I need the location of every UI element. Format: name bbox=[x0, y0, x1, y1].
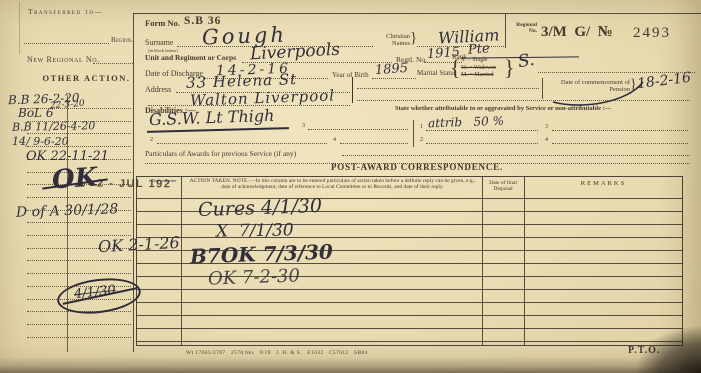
region-label: Region. bbox=[111, 36, 133, 44]
regtl-no-value: 1915 bbox=[427, 45, 461, 62]
date-stamp: 2 - JUL 192 bbox=[97, 178, 171, 191]
left-panel-divider bbox=[67, 95, 68, 352]
new-regional-no-label: New Regional No. bbox=[27, 55, 100, 64]
regional-box-divider bbox=[505, 14, 506, 48]
ruled-line bbox=[27, 222, 131, 223]
brace-glyph: } bbox=[410, 30, 417, 47]
ruled-line bbox=[27, 260, 131, 261]
other-action-label: OTHER ACTION. bbox=[40, 73, 133, 83]
handwritten-note: 22-3-20 bbox=[50, 99, 85, 111]
transferred-to-label: Transferred to— bbox=[28, 7, 104, 16]
pen-flourish bbox=[548, 80, 648, 110]
marital-option-married: M. = Married bbox=[461, 72, 494, 80]
address-divider-tick bbox=[352, 77, 353, 103]
disability-1-value: G.S.W. Lt Thigh bbox=[149, 106, 275, 129]
scan-edge-corner bbox=[636, 326, 701, 373]
ruled-line bbox=[27, 324, 131, 325]
table-entry: X 7/1/30 bbox=[216, 220, 294, 241]
handwritten-note: 14/ 9-6-20 bbox=[12, 135, 69, 148]
ruled-line bbox=[426, 143, 538, 144]
attrib-3-number: 3 bbox=[545, 124, 548, 130]
table-entry: B7OK 7/3/30 bbox=[190, 240, 334, 269]
ruled-line bbox=[308, 129, 408, 130]
post-award-title: POST-AWARD CORRESPONDENCE. bbox=[267, 162, 567, 172]
handwritten-note: D of A 30/1/28 bbox=[16, 201, 119, 221]
attrib-4-number: 4 bbox=[545, 137, 548, 143]
address-label: Address bbox=[145, 85, 171, 94]
table-column-divider bbox=[482, 176, 483, 346]
birth-label: Year of Birth bbox=[332, 71, 369, 79]
page-crease bbox=[19, 2, 20, 54]
table-column-divider bbox=[524, 176, 525, 346]
ruled-line bbox=[552, 130, 688, 131]
disability-3-number: 3 bbox=[302, 123, 305, 129]
awards-label: Particulars of Awards for previous Servi… bbox=[145, 149, 296, 158]
handwritten-note: B.B 11/26-4-20 bbox=[12, 119, 96, 133]
disability-4-number: 4 bbox=[333, 137, 336, 143]
table-column-divider bbox=[181, 176, 182, 346]
scan-edge-bottom bbox=[0, 357, 701, 373]
ruled-line bbox=[340, 143, 408, 144]
rank-value: Pte bbox=[468, 41, 491, 57]
attrib-1-value: attrib 50 % bbox=[428, 114, 504, 131]
col-header-final-disposal: Date of final Disposal bbox=[483, 180, 523, 192]
marital-option-widower: W. = Widower bbox=[461, 65, 496, 73]
handwritten-note: BoL 6 bbox=[18, 106, 53, 120]
printer-imprint: Wt 17665/2787 2570 bks 9/19 J. H. & S. E… bbox=[186, 350, 368, 356]
attrib-2-number: 2 bbox=[420, 137, 423, 143]
pension-divider bbox=[542, 78, 543, 99]
attrib-1-number: 1 bbox=[420, 124, 423, 130]
pension-record-card: Transferred to— Region. New Regional No.… bbox=[0, 0, 701, 373]
section-divider-tick bbox=[413, 120, 414, 147]
table-entry: Cures 4/1/30 bbox=[198, 195, 323, 221]
surname-label: Surname bbox=[145, 38, 173, 47]
birth-value: 1895 bbox=[375, 61, 409, 78]
regional-prefix: 3/M G/ № bbox=[541, 24, 613, 41]
unit-label: Unit and Regiment or Corps bbox=[145, 53, 236, 62]
handwritten-note-ok: OK bbox=[51, 162, 98, 195]
col-header-action-taken: ACTION TAKEN. NOTE :—In this column are … bbox=[187, 178, 478, 190]
ruled-line bbox=[157, 143, 327, 144]
ruled-line bbox=[27, 197, 131, 198]
ruled-line bbox=[24, 43, 109, 44]
regional-number: 2493 bbox=[633, 25, 671, 42]
ruled-line bbox=[342, 155, 690, 156]
regional-no-label: Regional No. bbox=[507, 22, 537, 34]
ruled-line bbox=[27, 337, 131, 338]
ruled-line bbox=[552, 143, 688, 144]
col-header-remarks: REMARKS bbox=[526, 180, 681, 187]
ruled-line bbox=[372, 78, 416, 79]
ruled-line bbox=[426, 130, 538, 131]
form-no-label: Form No. bbox=[145, 18, 180, 28]
table-entry: OK 7-2-30 bbox=[208, 265, 301, 289]
brace-glyph: } bbox=[504, 55, 515, 81]
christian-names-label: Christian Names bbox=[372, 33, 410, 47]
handwritten-note: OK 22-11-21 bbox=[26, 149, 109, 164]
disability-2-number: 2 bbox=[150, 137, 153, 143]
ruled-line bbox=[27, 273, 131, 274]
ruled-line bbox=[357, 88, 539, 89]
marital-status-value: S. bbox=[517, 50, 536, 72]
